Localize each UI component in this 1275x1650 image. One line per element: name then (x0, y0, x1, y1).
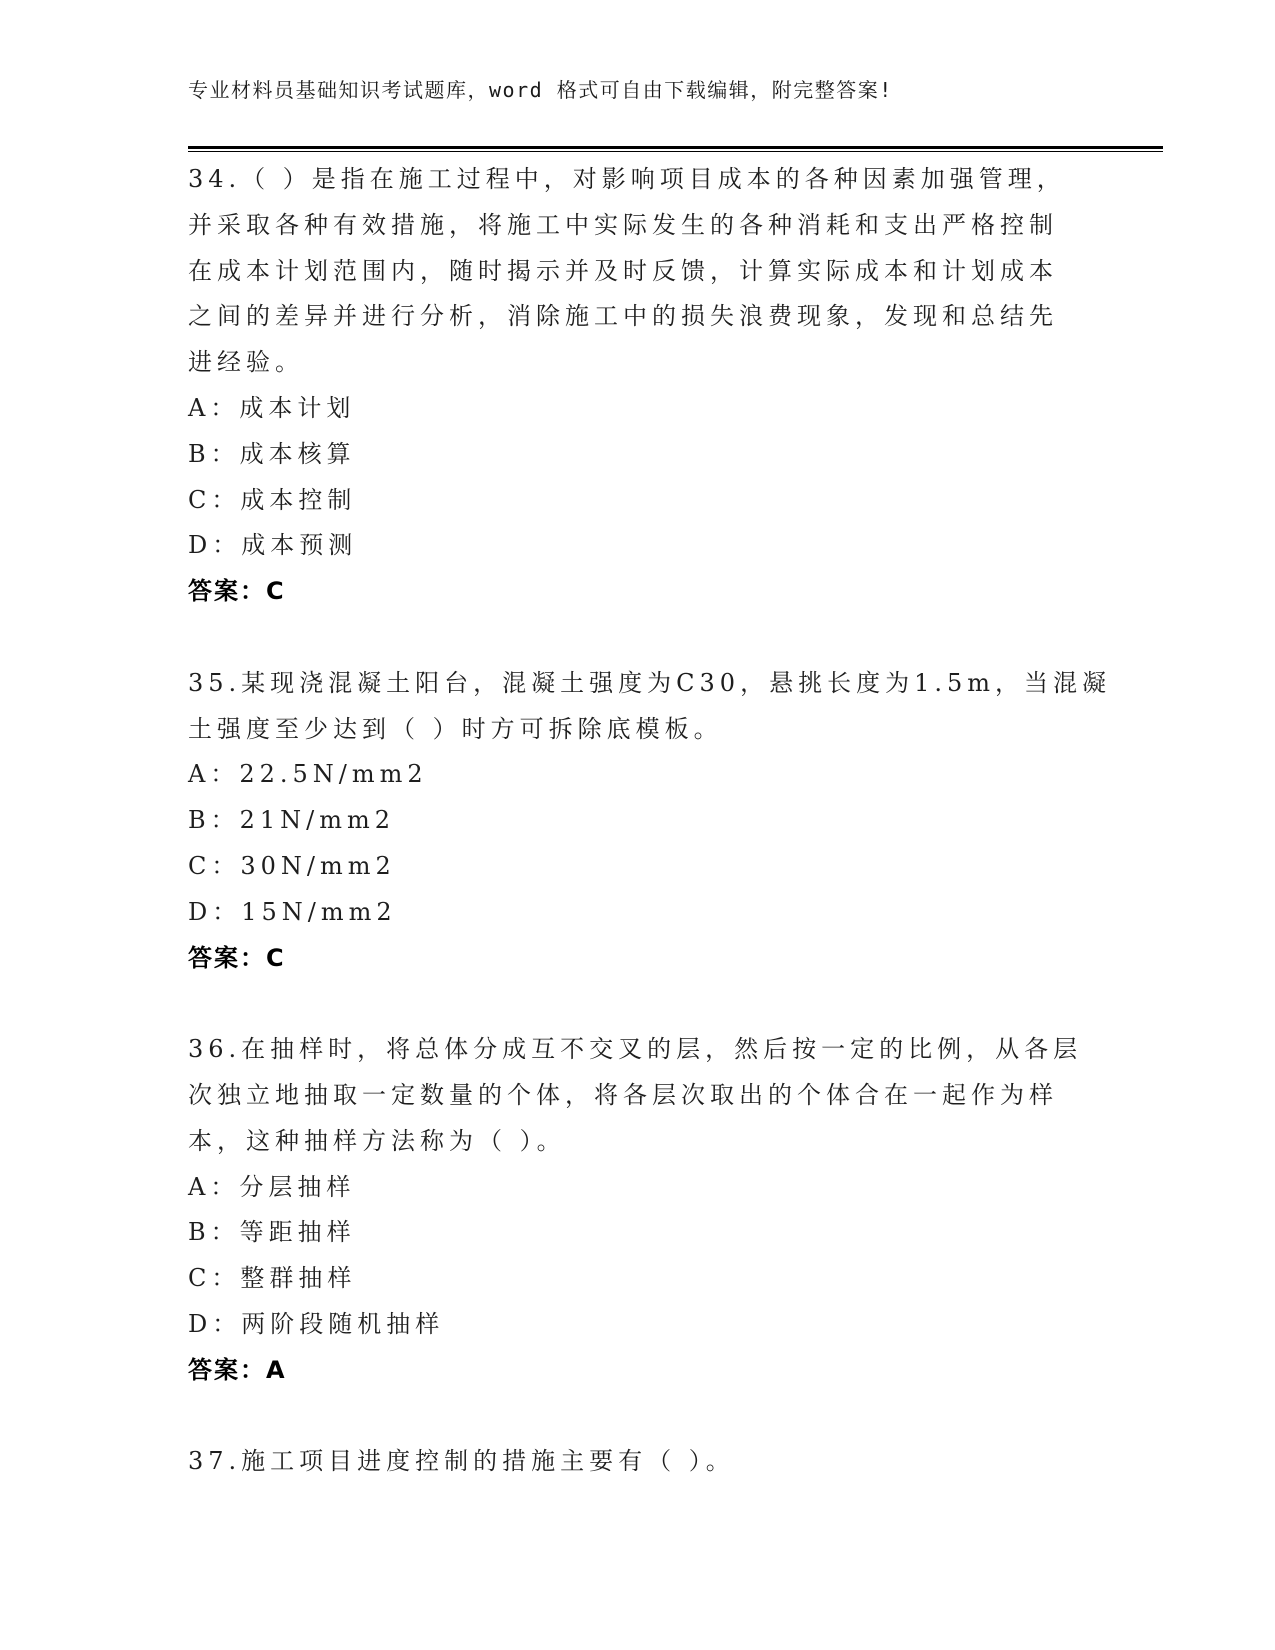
option-d: D：15N/mm2 (188, 890, 1068, 936)
header-divider-thin (188, 151, 1163, 152)
question-text: 35.某现浇混凝土阳台，混凝土强度为C30，悬挑长度为1.5m，当混凝 (188, 661, 1068, 707)
answer: 答案：A (188, 1348, 1068, 1394)
option-b: B：成本核算 (188, 432, 1068, 478)
option-b: B：等距抽样 (188, 1210, 1068, 1256)
question-text: 次独立地抽取一定数量的个体，将各层次取出的个体合在一起作为样 (188, 1073, 1068, 1119)
option-c: C：30N/mm2 (188, 844, 1068, 890)
option-c: C：成本控制 (188, 478, 1068, 524)
question-text: 36.在抽样时，将总体分成互不交叉的层，然后按一定的比例，从各层 (188, 1027, 1068, 1073)
option-b: B：21N/mm2 (188, 798, 1068, 844)
spacer (188, 981, 1068, 1027)
option-a: A：22.5N/mm2 (188, 752, 1068, 798)
question-35: 35.某现浇混凝土阳台，混凝土强度为C30，悬挑长度为1.5m，当混凝 土强度至… (188, 661, 1068, 982)
question-text: 37.施工项目进度控制的措施主要有（ ）。 (188, 1439, 1068, 1485)
spacer (188, 615, 1068, 661)
question-text: 土强度至少达到（ ）时方可拆除底模板。 (188, 707, 1068, 753)
question-text: 34.（ ）是指在施工过程中，对影响项目成本的各种因素加强管理， (188, 157, 1068, 203)
option-d: D：成本预测 (188, 523, 1068, 569)
answer: 答案：C (188, 936, 1068, 982)
option-a: A：成本计划 (188, 386, 1068, 432)
spacer (188, 1394, 1068, 1440)
option-d: D：两阶段随机抽样 (188, 1302, 1068, 1348)
document-header: 专业材料员基础知识考试题库，word 格式可自由下载编辑，附完整答案! (188, 76, 893, 104)
question-text: 之间的差异并进行分析，消除施工中的损失浪费现象，发现和总结先 (188, 294, 1068, 340)
question-37: 37.施工项目进度控制的措施主要有（ ）。 (188, 1439, 1068, 1485)
option-c: C：整群抽样 (188, 1256, 1068, 1302)
header-divider-thick (188, 146, 1163, 149)
option-a: A：分层抽样 (188, 1165, 1068, 1211)
question-34: 34.（ ）是指在施工过程中，对影响项目成本的各种因素加强管理， 并采取各种有效… (188, 157, 1068, 615)
question-text: 本，这种抽样方法称为（ ）。 (188, 1119, 1068, 1165)
question-text: 进经验。 (188, 340, 1068, 386)
answer: 答案：C (188, 569, 1068, 615)
question-list: 34.（ ）是指在施工过程中，对影响项目成本的各种因素加强管理， 并采取各种有效… (188, 157, 1068, 1485)
question-36: 36.在抽样时，将总体分成互不交叉的层，然后按一定的比例，从各层 次独立地抽取一… (188, 1027, 1068, 1393)
question-text: 在成本计划范围内，随时揭示并及时反馈，计算实际成本和计划成本 (188, 249, 1068, 295)
question-text: 并采取各种有效措施，将施工中实际发生的各种消耗和支出严格控制 (188, 203, 1068, 249)
